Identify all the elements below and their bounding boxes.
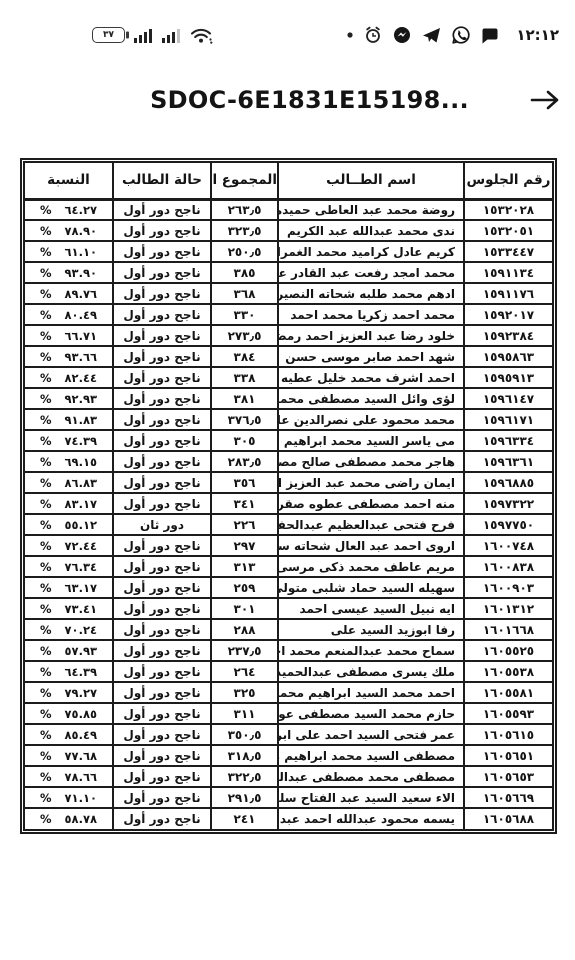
percent-number: ٧٨.٩٠	[65, 224, 97, 238]
total-score-cell: ٣١٨٫٥	[211, 745, 278, 766]
seat-number-cell: ١٥٩٦٣٣٤	[464, 430, 552, 451]
percentage-cell: % ٧٨.٩٠	[25, 220, 113, 241]
total-score-cell: ٣١١	[211, 703, 278, 724]
seat-number-cell: ١٦٠٥٦١٥	[464, 724, 552, 745]
percent-number: ٦٤.٢٧	[65, 203, 97, 217]
percent-number: ٩١.٨٣	[65, 413, 97, 427]
dot-icon	[347, 32, 353, 38]
percentage-cell: % ٥٧.٩٣	[25, 640, 113, 661]
total-score-cell: ٣٣٠	[211, 304, 278, 325]
student-status-cell: ناجح دور أول	[113, 472, 211, 493]
student-name-cell: سهيله السيد حماد شلبى متولى	[278, 577, 464, 598]
student-name-cell: ايمان راضى محمد عبد العزيز احمد	[278, 472, 464, 493]
clock-time: ١٢:١٢	[516, 26, 559, 44]
table-row: ١٥٩٢٠١٧ محمد احمد زكريا محمد احمد ٣٣٠ نا…	[25, 304, 552, 325]
table-row: ١٦٠٠٨٣٨ مريم عاطف محمد ذكى مرسى ٣١٣ ناجح…	[25, 556, 552, 577]
percent-sign: %	[40, 434, 52, 448]
percentage-cell: % ٧٧.٦٨	[25, 745, 113, 766]
total-score-cell: ٢٥٩	[211, 577, 278, 598]
percentage-value: % ٧٦.٣٤	[25, 560, 112, 574]
percentage-value: % ٧٠.٢٤	[25, 623, 112, 637]
percentage-cell: % ٧١.١٠	[25, 787, 113, 808]
total-score-cell: ٣٢٢٫٥	[211, 766, 278, 787]
student-name-cell: حازم محمد السيد مصطفى عوض	[278, 703, 464, 724]
seat-number-cell: ١٥٩٧٣٢٢	[464, 493, 552, 514]
student-name-cell: الاء سعيد السيد عبد الفتاح سليمان	[278, 787, 464, 808]
percent-number: ٧١.١٠	[65, 791, 97, 805]
student-status-cell: ناجح دور أول	[113, 199, 211, 220]
seat-number-cell: ١٥٩٦١٧١	[464, 409, 552, 430]
table-row: ١٦٠٥٦٨٨ يسمه محمود عبدالله احمد عبدالله …	[25, 808, 552, 829]
seat-number-cell: ١٥٩٢٠١٧	[464, 304, 552, 325]
percentage-cell: % ٦١.١٠	[25, 241, 113, 262]
percent-sign: %	[40, 392, 52, 406]
percentage-cell: % ٨٠.٤٩	[25, 304, 113, 325]
total-score-cell: ٢٨٨	[211, 619, 278, 640]
percentage-cell: % ٧٣.٤١	[25, 598, 113, 619]
percent-number: ٧٩.٢٧	[65, 686, 97, 700]
student-name-cell: يسمه محمود عبدالله احمد عبدالله	[278, 808, 464, 829]
student-status-cell: ناجح دور أول	[113, 304, 211, 325]
percent-number: ٨٦.٨٣	[65, 476, 97, 490]
student-name-cell: احمد اشرف محمد خليل عطيه	[278, 367, 464, 388]
student-name-cell: محمد امجد رفعت عبد القادر عطيه	[278, 262, 464, 283]
percent-number: ٥٧.٩٣	[65, 644, 97, 658]
seat-number-cell: ١٦٠٥٥٨١	[464, 682, 552, 703]
seat-number-cell: ١٥٩٧٧٥٠	[464, 514, 552, 535]
percentage-value: % ٦٤.٢٧	[25, 203, 112, 217]
student-name-cell: ملك يسرى مصطفى عبدالحميد مصطفى	[278, 661, 464, 682]
percent-number: ٧٣.٤١	[65, 602, 97, 616]
seat-number-cell: ١٦٠٠٨٣٨	[464, 556, 552, 577]
seat-number-cell: ١٥٩٥٨٦٣	[464, 346, 552, 367]
table-row: ١٦٠٥٥٣٨ ملك يسرى مصطفى عبدالحميد مصطفى ٢…	[25, 661, 552, 682]
total-score-cell: ٢٧٣٫٥	[211, 325, 278, 346]
total-score-cell: ٣٥٦	[211, 472, 278, 493]
percent-number: ٥٨.٧٨	[65, 812, 97, 826]
percent-sign: %	[40, 560, 52, 574]
percent-sign: %	[40, 518, 52, 532]
table-row: ١٥٩٧٣٢٢ منه احمد مصطفى عطوه صقر ٣٤١ ناجح…	[25, 493, 552, 514]
table-row: ١٦٠٠٩٠٣ سهيله السيد حماد شلبى متولى ٢٥٩ …	[25, 577, 552, 598]
percent-sign: %	[40, 224, 52, 238]
seat-number-cell: ١٥٣٣٤٤٧	[464, 241, 552, 262]
percentage-value: % ٩٣.٩٠	[25, 266, 112, 280]
total-score-cell: ٣٢٥	[211, 682, 278, 703]
percentage-cell: % ٩٢.٩٣	[25, 388, 113, 409]
percentage-value: % ٨٩.٧٦	[25, 287, 112, 301]
seat-number-cell: ١٦٠٥٦٦٩	[464, 787, 552, 808]
arrow-right-icon	[529, 88, 561, 112]
percent-sign: %	[40, 791, 52, 805]
percentage-value: % ٧٤.٣٩	[25, 434, 112, 448]
student-status-cell: ناجح دور أول	[113, 724, 211, 745]
percent-number: ٦٤.٣٩	[65, 665, 97, 679]
percent-number: ٩٣.٩٠	[65, 266, 97, 280]
percentage-value: % ٧٧.٦٨	[25, 749, 112, 763]
percent-sign: %	[40, 770, 52, 784]
student-status-cell: ناجح دور أول	[113, 262, 211, 283]
percentage-cell: % ٨٣.١٧	[25, 493, 113, 514]
percentage-cell: % ٦٩.١٥	[25, 451, 113, 472]
total-score-cell: ٣٢٣٫٥	[211, 220, 278, 241]
seat-number-cell: ١٦٠٥٦٥٣	[464, 766, 552, 787]
student-name-cell: ايه نبيل السيد عيسى احمد	[278, 598, 464, 619]
percent-sign: %	[40, 287, 52, 301]
student-status-cell: ناجح دور أول	[113, 766, 211, 787]
percent-sign: %	[40, 308, 52, 322]
results-table: رقم الجلوس اسم الطــالب المجموع الكلى حا…	[25, 163, 552, 829]
seat-number-cell: ١٥٩٦١٤٧	[464, 388, 552, 409]
percentage-value: % ٦٦.٧١	[25, 329, 112, 343]
percentage-cell: % ٧٩.٢٧	[25, 682, 113, 703]
student-status-cell: ناجح دور أول	[113, 703, 211, 724]
student-status-cell: ناجح دور أول	[113, 388, 211, 409]
status-bar-notifications: ١٢:١٢	[347, 26, 559, 44]
student-status-cell: ناجح دور أول	[113, 556, 211, 577]
total-score-cell: ٢٥٠٫٥	[211, 241, 278, 262]
percent-number: ٧٤.٣٩	[65, 434, 97, 448]
percent-number: ٩٣.٦٦	[65, 350, 97, 364]
percent-sign: %	[40, 413, 52, 427]
student-name-cell: لؤى وائل السيد مصطفى محمد سلطان	[278, 388, 464, 409]
percent-sign: %	[40, 476, 52, 490]
battery-icon: ٣٧	[92, 27, 125, 43]
seat-number-cell: ١٦٠٠٩٠٣	[464, 577, 552, 598]
table-row: ١٦٠٥٦١٥ عمر فتحى السيد احمد على ابراهيم …	[25, 724, 552, 745]
table-row: ١٦٠١٣١٢ ايه نبيل السيد عيسى احمد ٣٠١ ناج…	[25, 598, 552, 619]
percent-sign: %	[40, 581, 52, 595]
student-name-cell: رفا ابوزيد السيد على	[278, 619, 464, 640]
student-name-cell: كريم عادل كراميد محمد الغمراوى	[278, 241, 464, 262]
percentage-value: % ٨٦.٨٣	[25, 476, 112, 490]
student-name-cell: شهد احمد صابر موسى حسن	[278, 346, 464, 367]
student-status-cell: ناجح دور أول	[113, 409, 211, 430]
student-name-cell: عمر فتحى السيد احمد على ابراهيم	[278, 724, 464, 745]
battery-percent: ٣٧	[103, 30, 114, 40]
percentage-value: % ٧٥.٨٥	[25, 707, 112, 721]
table-row: ١٦٠٥٦٦٩ الاء سعيد السيد عبد الفتاح سليما…	[25, 787, 552, 808]
student-name-cell: مصطفى محمد مصطفى عبدالعزيز ربيع	[278, 766, 464, 787]
percentage-cell: % ٨٦.٨٣	[25, 472, 113, 493]
percent-number: ٨٠.٤٩	[65, 308, 97, 322]
percentage-value: % ٥٧.٩٣	[25, 644, 112, 658]
percent-sign: %	[40, 812, 52, 826]
percentage-cell: % ٧٦.٣٤	[25, 556, 113, 577]
seat-number-cell: ١٥٣٢٠٥١	[464, 220, 552, 241]
table-row: ١٥٩٦١٧١ محمد محمود على نصرالدين على محمد…	[25, 409, 552, 430]
seat-number-cell: ١٥٩١١٧٦	[464, 283, 552, 304]
percent-sign: %	[40, 707, 52, 721]
status-bar-left: ٣٧	[92, 27, 213, 44]
percentage-cell: % ٧٨.٦٦	[25, 766, 113, 787]
table-row: ١٦٠٥٦٥١ مصطفى السيد محمد ابراهيم محمد مك…	[25, 745, 552, 766]
total-score-cell: ٣٨١	[211, 388, 278, 409]
table-row: ١٦٠٥٥٨١ احمد محمد السيد ابراهيم محمد حبي…	[25, 682, 552, 703]
total-score-cell: ٢٦٤	[211, 661, 278, 682]
student-name-cell: محمد محمود على نصرالدين على محمد درهومر	[278, 409, 464, 430]
student-name-cell: مريم عاطف محمد ذكى مرسى	[278, 556, 464, 577]
table-row: ١٥٣٣٤٤٧ كريم عادل كراميد محمد الغمراوى ٢…	[25, 241, 552, 262]
percentage-cell: % ٧٥.٨٥	[25, 703, 113, 724]
total-score-cell: ٣٠١	[211, 598, 278, 619]
table-row: ١٥٩٦٨٨٥ ايمان راضى محمد عبد العزيز احمد …	[25, 472, 552, 493]
back-arrow-button[interactable]	[513, 88, 561, 112]
total-score-cell: ٣٧٦٫٥	[211, 409, 278, 430]
student-name-cell: اروى احمد عبد العال شحاته سرحان	[278, 535, 464, 556]
header-percentage: النسبة	[25, 163, 113, 199]
percentage-cell: % ٥٨.٧٨	[25, 808, 113, 829]
table-row: ١٥٩٥٨٦٣ شهد احمد صابر موسى حسن ٣٨٤ ناجح …	[25, 346, 552, 367]
percent-number: ٦١.١٠	[65, 245, 97, 259]
total-score-cell: ٣٠٥	[211, 430, 278, 451]
seat-number-cell: ١٦٠٥٦٨٨	[464, 808, 552, 829]
percent-number: ٧٥.٨٥	[65, 707, 97, 721]
student-name-cell: سماح محمد عبدالمنعم محمد احمد	[278, 640, 464, 661]
student-status-cell: ناجح دور أول	[113, 346, 211, 367]
header-total-score: المجموع الكلى	[211, 163, 278, 199]
percent-number: ٩٢.٩٣	[65, 392, 97, 406]
percentage-cell: % ٦٦.٧١	[25, 325, 113, 346]
student-name-cell: مى ياسر السيد محمد ابراهيم	[278, 430, 464, 451]
total-score-cell: ٢٦٣٫٥	[211, 199, 278, 220]
percentage-value: % ٩٢.٩٣	[25, 392, 112, 406]
percent-number: ٧٦.٣٤	[65, 560, 97, 574]
seat-number-cell: ١٦٠١٦٦٨	[464, 619, 552, 640]
table-row: ١٥٩٥٩١٣ احمد اشرف محمد خليل عطيه ٣٣٨ ناج…	[25, 367, 552, 388]
seat-number-cell: ١٦٠٠٧٤٨	[464, 535, 552, 556]
table-row: ١٦٠٥٥٩٣ حازم محمد السيد مصطفى عوض ٣١١ نا…	[25, 703, 552, 724]
percentage-cell: % ٨٢.٤٤	[25, 367, 113, 388]
table-row: ١٥٩٦٣٦١ هاجر محمد مصطفى صالح مصطفى ٢٨٣٫٥…	[25, 451, 552, 472]
percentage-value: % ٦٣.١٧	[25, 581, 112, 595]
student-name-cell: احمد محمد السيد ابراهيم محمد حبيب	[278, 682, 464, 703]
percent-number: ٦٦.٧١	[65, 329, 97, 343]
student-name-cell: محمد احمد زكريا محمد احمد	[278, 304, 464, 325]
total-score-cell: ٢٣٧٫٥	[211, 640, 278, 661]
total-score-cell: ٣٥٠٫٥	[211, 724, 278, 745]
percent-number: ٧٢.٤٤	[65, 539, 97, 553]
percentage-value: % ٨٣.١٧	[25, 497, 112, 511]
status-bar: ٣٧	[0, 22, 575, 48]
student-status-cell: ناجح دور أول	[113, 241, 211, 262]
percent-sign: %	[40, 266, 52, 280]
percentage-cell: % ٧٠.٢٤	[25, 619, 113, 640]
student-status-cell: ناجح دور أول	[113, 577, 211, 598]
table-row: ١٥٩٦١٤٧ لؤى وائل السيد مصطفى محمد سلطان …	[25, 388, 552, 409]
percent-sign: %	[40, 749, 52, 763]
percent-number: ٨٩.٧٦	[65, 287, 97, 301]
percent-number: ٧٠.٢٤	[65, 623, 97, 637]
seat-number-cell: ١٥٩٦٣٦١	[464, 451, 552, 472]
percent-sign: %	[40, 623, 52, 637]
percentage-cell: % ٦٤.٢٧	[25, 199, 113, 220]
seat-number-cell: ١٦٠٥٥٢٥	[464, 640, 552, 661]
student-status-cell: ناجح دور أول	[113, 430, 211, 451]
percentage-cell: % ٦٣.١٧	[25, 577, 113, 598]
percentage-cell: % ٧٢.٤٤	[25, 535, 113, 556]
percentage-cell: % ٩١.٨٣	[25, 409, 113, 430]
student-status-cell: ناجح دور أول	[113, 283, 211, 304]
seat-number-cell: ١٦٠٥٦٥١	[464, 745, 552, 766]
student-status-cell: ناجح دور أول	[113, 787, 211, 808]
percentage-cell: % ٧٤.٣٩	[25, 430, 113, 451]
header-student-name: اسم الطــالب	[278, 163, 464, 199]
table-row: ١٦٠١٦٦٨ رفا ابوزيد السيد على ٢٨٨ ناجح دو…	[25, 619, 552, 640]
percentage-value: % ٨٠.٤٩	[25, 308, 112, 322]
percentage-value: % ٥٥.١٢	[25, 518, 112, 532]
whatsapp-icon	[452, 26, 470, 44]
table-row: ١٦٠٥٥٢٥ سماح محمد عبدالمنعم محمد احمد ٢٣…	[25, 640, 552, 661]
percent-number: ٨٢.٤٤	[65, 371, 97, 385]
seat-number-cell: ١٥٩١١٣٤	[464, 262, 552, 283]
percentage-value: % ٧٢.٤٤	[25, 539, 112, 553]
results-table-body: ١٥٣٢٠٢٨ روضة محمد عبد العاطى حميده ٢٦٣٫٥…	[25, 199, 552, 829]
student-name-cell: مصطفى السيد محمد ابراهيم محمد مكاوى	[278, 745, 464, 766]
signal2-icon	[162, 28, 181, 43]
percentage-value: % ٦١.١٠	[25, 245, 112, 259]
student-status-cell: ناجح دور أول	[113, 619, 211, 640]
seat-number-cell: ١٥٩٦٨٨٥	[464, 472, 552, 493]
seat-number-cell: ١٦٠٥٥٣٨	[464, 661, 552, 682]
percent-sign: %	[40, 728, 52, 742]
seat-number-cell: ١٥٣٢٠٢٨	[464, 199, 552, 220]
title-bar: SDOC-6E1831E15198...	[0, 78, 575, 122]
total-score-cell: ٢٩٧	[211, 535, 278, 556]
percent-sign: %	[40, 371, 52, 385]
header-row: رقم الجلوس اسم الطــالب المجموع الكلى حا…	[25, 163, 552, 199]
total-score-cell: ٣٣٨	[211, 367, 278, 388]
percentage-value: % ٩١.٨٣	[25, 413, 112, 427]
percentage-cell: % ٨٥.٤٩	[25, 724, 113, 745]
student-status-cell: دور ثان	[113, 514, 211, 535]
table-row: ١٥٩١١٧٦ ادهم محمد طلبه شحاته النصير ٣٦٨ …	[25, 283, 552, 304]
percent-number: ٨٥.٤٩	[65, 728, 97, 742]
percent-sign: %	[40, 245, 52, 259]
percent-number: ٦٣.١٧	[65, 581, 97, 595]
results-table-header: رقم الجلوس اسم الطــالب المجموع الكلى حا…	[25, 163, 552, 199]
total-score-cell: ٣٤١	[211, 493, 278, 514]
percentage-cell: % ٥٥.١٢	[25, 514, 113, 535]
student-name-cell: ندى محمد عبدالله عبد الكريم	[278, 220, 464, 241]
student-name-cell: فرح فتحى عبدالعظيم عبدالحفيظ رمضان	[278, 514, 464, 535]
percentage-value: % ٦٩.١٥	[25, 455, 112, 469]
percent-sign: %	[40, 203, 52, 217]
total-score-cell: ٣١٣	[211, 556, 278, 577]
student-status-cell: ناجح دور أول	[113, 220, 211, 241]
percentage-value: % ٧١.١٠	[25, 791, 112, 805]
signal-icon	[134, 28, 153, 43]
student-name-cell: منه احمد مصطفى عطوه صقر	[278, 493, 464, 514]
student-status-cell: ناجح دور أول	[113, 640, 211, 661]
percent-number: ٦٩.١٥	[65, 455, 97, 469]
percentage-value: % ٨٢.٤٤	[25, 371, 112, 385]
student-status-cell: ناجح دور أول	[113, 682, 211, 703]
percent-sign: %	[40, 350, 52, 364]
alarm-icon	[364, 26, 382, 44]
percentage-value: % ٧٩.٢٧	[25, 686, 112, 700]
percent-sign: %	[40, 686, 52, 700]
student-name-cell: هاجر محمد مصطفى صالح مصطفى	[278, 451, 464, 472]
total-score-cell: ٢٩١٫٥	[211, 787, 278, 808]
student-status-cell: ناجح دور أول	[113, 745, 211, 766]
student-status-cell: ناجح دور أول	[113, 451, 211, 472]
percent-sign: %	[40, 329, 52, 343]
total-score-cell: ٢٨٣٫٥	[211, 451, 278, 472]
student-name-cell: ادهم محمد طلبه شحاته النصير	[278, 283, 464, 304]
table-row: ١٥٩١١٣٤ محمد امجد رفعت عبد القادر عطيه ٣…	[25, 262, 552, 283]
percent-sign: %	[40, 455, 52, 469]
document-title: SDOC-6E1831E15198...	[106, 86, 513, 114]
seat-number-cell: ١٦٠١٣١٢	[464, 598, 552, 619]
total-score-cell: ٢٢٦	[211, 514, 278, 535]
percent-number: ٨٣.١٧	[65, 497, 97, 511]
messenger-icon	[393, 26, 411, 44]
table-row: ١٥٣٢٠٥١ ندى محمد عبدالله عبد الكريم ٣٢٣٫…	[25, 220, 552, 241]
percentage-cell: % ٨٩.٧٦	[25, 283, 113, 304]
student-status-cell: ناجح دور أول	[113, 808, 211, 829]
percentage-cell: % ٦٤.٣٩	[25, 661, 113, 682]
student-status-cell: ناجح دور أول	[113, 535, 211, 556]
document-page[interactable]: رقم الجلوس اسم الطــالب المجموع الكلى حا…	[20, 158, 557, 834]
chat-icon	[481, 27, 499, 44]
percentage-value: % ٥٨.٧٨	[25, 812, 112, 826]
percentage-value: % ٨٥.٤٩	[25, 728, 112, 742]
percentage-cell: % ٩٣.٩٠	[25, 262, 113, 283]
student-status-cell: ناجح دور أول	[113, 598, 211, 619]
total-score-cell: ٣٨٥	[211, 262, 278, 283]
percentage-value: % ٧٣.٤١	[25, 602, 112, 616]
header-seat-number: رقم الجلوس	[464, 163, 552, 199]
table-row: ١٥٩٧٧٥٠ فرح فتحى عبدالعظيم عبدالحفيظ رمض…	[25, 514, 552, 535]
total-score-cell: ٣٨٤	[211, 346, 278, 367]
student-status-cell: ناجح دور أول	[113, 367, 211, 388]
percentage-cell: % ٩٣.٦٦	[25, 346, 113, 367]
results-table-frame: رقم الجلوس اسم الطــالب المجموع الكلى حا…	[20, 158, 557, 834]
percentage-value: % ٧٨.٩٠	[25, 224, 112, 238]
percent-number: ٧٧.٦٨	[65, 749, 97, 763]
percentage-value: % ٦٤.٣٩	[25, 665, 112, 679]
percent-number: ٥٥.١٢	[65, 518, 97, 532]
wifi-icon	[190, 27, 213, 44]
percent-sign: %	[40, 665, 52, 679]
table-row: ١٦٠٠٧٤٨ اروى احمد عبد العال شحاته سرحان …	[25, 535, 552, 556]
percent-sign: %	[40, 539, 52, 553]
seat-number-cell: ١٥٩٥٩١٣	[464, 367, 552, 388]
table-row: ١٥٩٢٣٨٤ خلود رضا عبد العزيز احمد رمضان ٢…	[25, 325, 552, 346]
total-score-cell: ٢٤١	[211, 808, 278, 829]
telegram-icon	[422, 27, 441, 44]
percent-number: ٧٨.٦٦	[65, 770, 97, 784]
percent-sign: %	[40, 644, 52, 658]
student-status-cell: ناجح دور أول	[113, 493, 211, 514]
table-row: ١٥٣٢٠٢٨ روضة محمد عبد العاطى حميده ٢٦٣٫٥…	[25, 199, 552, 220]
student-status-cell: ناجح دور أول	[113, 661, 211, 682]
student-name-cell: روضة محمد عبد العاطى حميده	[278, 199, 464, 220]
percentage-value: % ٩٣.٦٦	[25, 350, 112, 364]
percent-sign: %	[40, 497, 52, 511]
student-status-cell: ناجح دور أول	[113, 325, 211, 346]
seat-number-cell: ١٥٩٢٣٨٤	[464, 325, 552, 346]
total-score-cell: ٣٦٨	[211, 283, 278, 304]
percentage-value: % ٧٨.٦٦	[25, 770, 112, 784]
table-row: ١٥٩٦٣٣٤ مى ياسر السيد محمد ابراهيم ٣٠٥ ن…	[25, 430, 552, 451]
header-student-status: حالة الطالب	[113, 163, 211, 199]
table-row: ١٦٠٥٦٥٣ مصطفى محمد مصطفى عبدالعزيز ربيع …	[25, 766, 552, 787]
percent-sign: %	[40, 602, 52, 616]
seat-number-cell: ١٦٠٥٥٩٣	[464, 703, 552, 724]
student-name-cell: خلود رضا عبد العزيز احمد رمضان	[278, 325, 464, 346]
